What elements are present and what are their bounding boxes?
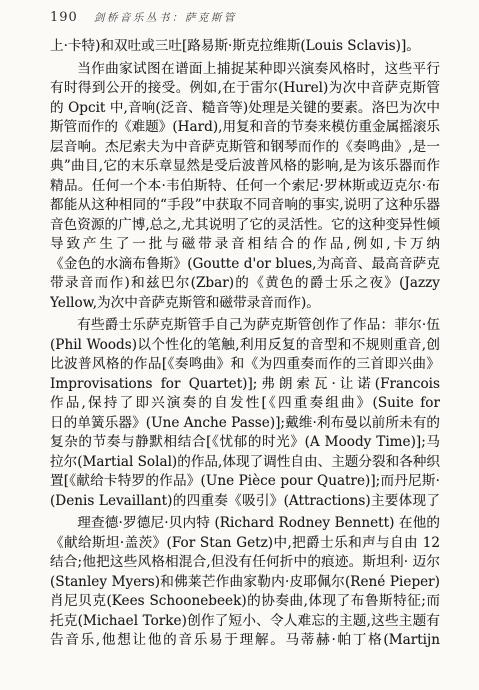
text-line: 告音乐,他想让他的音乐易于理解。马蒂赫·帕丁格(Martijn Padding)…: [50, 631, 440, 651]
text-line: 理查德·罗德尼·贝内特 (Richard Rodney Bennett) 在他的…: [50, 514, 440, 534]
text-line: 带录音而作)和兹巴尔(Zbar)的《黄色的爵士乐之夜》(Jazzy Night …: [50, 274, 440, 294]
paragraph: 当作曲家试图在谱面上捕捉某种即兴演奏风格时，这些平行发展有时得到公开的接受。例如…: [50, 60, 440, 314]
page-number: 190: [50, 10, 78, 25]
text-line: (Stanley Myers)和佛莱芒作曲家勒内·皮耶佩尔(René Piepe…: [50, 573, 440, 593]
text-line: 《金色的水滴布鲁斯》(Goutte d'or blues,为高音、最高音萨克斯管…: [50, 255, 440, 275]
text-line: 的 Opcit 中,音响(泛音、糙音等)处理是关键的要素。洛巴为次中音萨克: [50, 99, 440, 119]
text-line: 复杂的节奏与静默相结合[《忧郁的时光》(A Moody Time)];马夏尔·索: [50, 433, 440, 453]
text-line: 都能从这种相同的“手段”中获取不同音响的事实,说明了这种乐器的: [50, 196, 440, 216]
text-line: 典”曲目,它的末乐章显然是受后波普风格的影响,是为该乐器而作的: [50, 157, 440, 177]
book-page: 190 剑桥音乐丛书：萨克斯管 上·卡特)和双吐或三吐[路易斯·斯克拉维斯(Lo…: [0, 0, 479, 690]
text-line: 日的单簧乐器》(Une Anche Passe)];戴维·利布曼以前所未有的方式…: [50, 414, 440, 434]
text-line: 作品,保持了即兴演奏的自发性[《四重奏组曲》(Suite for Quartet…: [50, 394, 440, 414]
text-line: 结合;他把这些风格相混合,但没有任何折中的痕迹。斯坦利· 迈尔斯: [50, 553, 440, 573]
text-line: 有时得到公开的接受。例如,在于雷尔(Hurel)为次中音萨克斯管而作: [50, 79, 440, 99]
text-line: 导致产生了一批与磁带录音相结合的作品,例如,卡万纳(Cavanna)的: [50, 235, 440, 255]
paragraph: 上·卡特)和双吐或三吐[路易斯·斯克拉维斯(Louis Sclavis)]。: [50, 37, 440, 57]
text-line: Improvisations for Quartet)];弗朗索瓦·让诺(Fra…: [50, 375, 440, 395]
paragraph: 有些爵士乐萨克斯管手自己为萨克斯管创作了作品：菲尔·伍兹(Phil Woods)…: [50, 316, 440, 511]
text-line: 斯管而作的《难题》(Hard),用复和音的节奏来模仿重金属摇滚乐的多: [50, 118, 440, 138]
text-line: (Phil Woods)以个性化的笔触,利用反复的音型和不规则重音,创作了: [50, 336, 440, 356]
text-line: 层音响。杰尼索夫为中音萨克斯管和钢琴而作的《奏鸣曲》,是一首“古: [50, 138, 440, 158]
text-line: 拉尔(Martial Solal)的作品,体现了调性自由、主题分裂和各种织体的并: [50, 453, 440, 473]
text-line: 《献给斯坦·盖茨》(For Stan Getz)中,把爵士乐和声与自由 12 音…: [50, 534, 440, 554]
text-line: 有些爵士乐萨克斯管手自己为萨克斯管创作了作品：菲尔·伍兹: [50, 316, 440, 336]
text-line: 置[《献给卡特罗的作品》(Une Pièce pour Quatre)];而丹尼…: [50, 472, 440, 492]
paragraph: 理查德·罗德尼·贝内特 (Richard Rodney Bennett) 在他的…: [50, 514, 440, 651]
text-line: 托克(Michael Torke)创作了短小、令人难忘的主题,这些主题有点像广: [50, 612, 440, 632]
text-line: (Denis Levaillant)的四重奏《吸引》(Attractions)主…: [50, 492, 440, 512]
text-line: 精品。任何一个本·韦伯斯特、任何一个索尼·罗林斯或迈克尔·布雷克: [50, 177, 440, 197]
text-line: 当作曲家试图在谱面上捕捉某种即兴演奏风格时，这些平行发展: [50, 60, 440, 80]
text-line: 肖尼贝克(Kees Schoonebeek)的协奏曲,体现了布鲁斯特征;而迈克尔…: [50, 592, 440, 612]
body-text-block: 上·卡特)和双吐或三吐[路易斯·斯克拉维斯(Louis Sclavis)]。当作…: [50, 37, 440, 654]
running-title: 剑桥音乐丛书：萨克斯管: [94, 10, 237, 25]
page-header: 190 剑桥音乐丛书：萨克斯管: [50, 10, 237, 25]
text-line: 上·卡特)和双吐或三吐[路易斯·斯克拉维斯(Louis Sclavis)]。: [50, 37, 440, 57]
text-line: 音色资源的广博,总之,尤其说明了它的灵活性。它的这种变异性倾向,: [50, 216, 440, 236]
text-line: Yellow,为次中音萨克斯管和磁带录音而作)。: [50, 294, 440, 314]
text-line: 比波普风格的作品[《奏鸣曲》和《为四重奏而作的三首即兴曲》(Three: [50, 355, 440, 375]
